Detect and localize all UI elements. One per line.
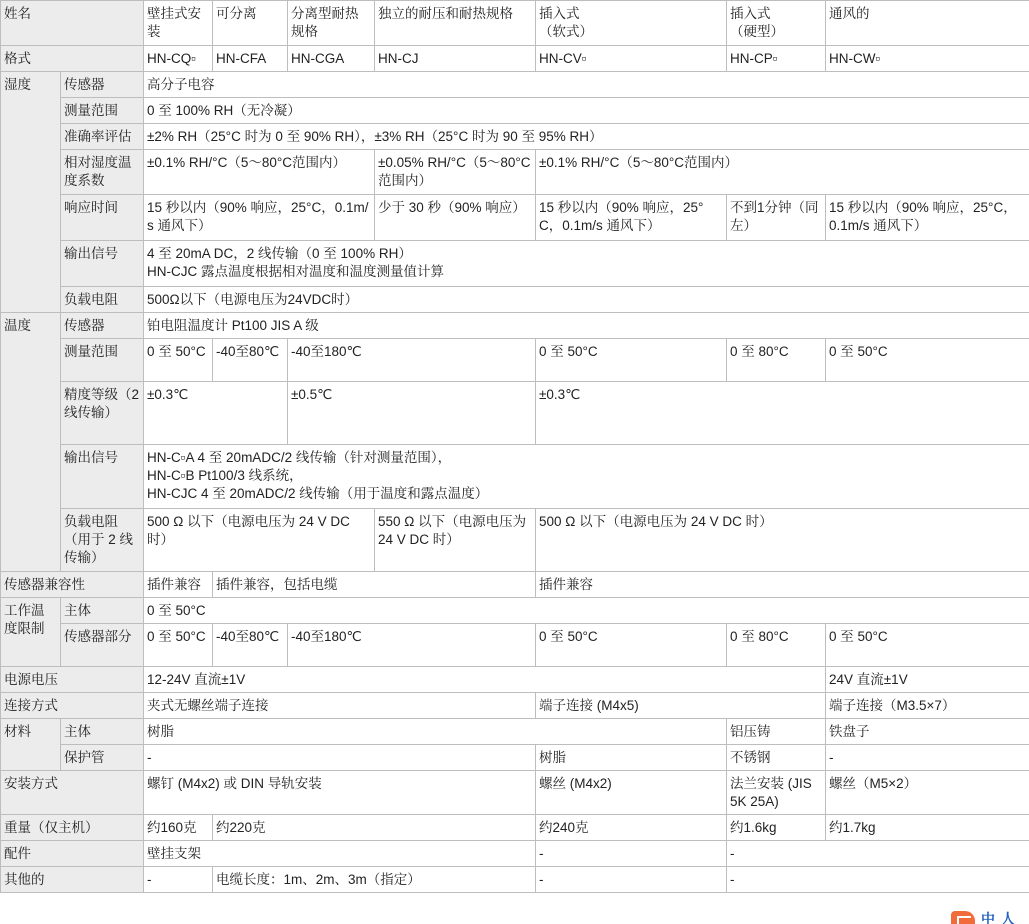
cell: 约1.7kg <box>826 815 1029 841</box>
row-label: 保护管 <box>61 745 144 771</box>
cell: - <box>536 841 727 867</box>
cell: 端子连接 (M4x5) <box>536 693 826 719</box>
cell: 0 至 50°C <box>144 339 213 382</box>
cell: 0 至 80°C <box>727 624 826 667</box>
row-label: 传感器兼容性 <box>1 572 144 598</box>
cell: 550 Ω 以下（电源电压为 24 V DC 时） <box>375 509 536 572</box>
cell: 树脂 <box>536 745 727 771</box>
cell: 螺钉 (M4x2) 或 DIN 导轨安装 <box>144 771 536 815</box>
material-tube-row: 保护管 - 树脂 不锈钢 - <box>1 745 1029 771</box>
cell: - <box>536 867 727 893</box>
cell: -40至180℃ <box>288 339 536 382</box>
humidity-label: 湿度 <box>1 72 61 313</box>
cell: - <box>826 745 1029 771</box>
row-label: 传感器部分 <box>61 624 144 667</box>
cell: 0 至 50°C <box>826 624 1029 667</box>
accessories-row: 配件 壁挂支架 - - <box>1 841 1029 867</box>
cell: HN-C▫A 4 至 20mADC/2 线传输（针对测量范围）， HN-C▫B … <box>144 445 1029 509</box>
cell: 0 至 80°C <box>727 339 826 382</box>
cell: 15 秒以内（90% 响应，25°C，0.1m/s 通风下） <box>536 195 727 241</box>
format-label: 格式 <box>1 46 144 72</box>
cell: ±0.5℃ <box>288 382 536 445</box>
cell: ±0.3℃ <box>144 382 288 445</box>
temp-sensor-row: 温度 传感器 铂电阻温度计 Pt100 JIS A 级 <box>1 313 1029 339</box>
temp-range-row: 测量范围 0 至 50°C -40至80℃ -40至180℃ 0 至 50°C … <box>1 339 1029 382</box>
watermark-text: 中人 <box>981 909 1021 924</box>
cell: -40至180℃ <box>288 624 536 667</box>
cell: 法兰安装 (JIS 5K 25A) <box>727 771 826 815</box>
cell: 铂电阻温度计 Pt100 JIS A 级 <box>144 313 1029 339</box>
cell: -40至80℃ <box>213 624 288 667</box>
humidity-accuracy-row: 准确率评估 ±2% RH（25°C 时为 0 至 90% RH），±3% RH（… <box>1 124 1029 150</box>
cell: 螺丝 (M4x2) <box>536 771 727 815</box>
cell: 约220克 <box>213 815 536 841</box>
logo-icon <box>951 911 975 924</box>
cell: 少于 30 秒（90% 响应） <box>375 195 536 241</box>
cell: 铁盘子 <box>826 719 1029 745</box>
humidity-tempcoeff-row: 相对湿度温度系数 ±0.1% RH/°C（5～80°C范围内） ±0.05% R… <box>1 150 1029 195</box>
cell: 12-24V 直流±1V <box>144 667 826 693</box>
product-name: 壁挂式安装 <box>144 1 213 46</box>
power-row: 电源电压 12-24V 直流±1V 24V 直流±1V <box>1 667 1029 693</box>
connection-row: 连接方式 夹式无螺丝端子连接 端子连接 (M4x5) 端子连接（M3.5×7） <box>1 693 1029 719</box>
material-label: 材料 <box>1 719 61 771</box>
cell: - <box>727 841 1029 867</box>
cell: 500 Ω 以下（电源电压为 24 V DC 时） <box>536 509 1029 572</box>
product-name: 插入式 （软式） <box>536 1 727 46</box>
cell: 15 秒以内（90% 响应，25°C，0.1m/s 通风下） <box>144 195 375 241</box>
cell: 0 至 100% RH（无冷凝） <box>144 98 1029 124</box>
name-label: 姓名 <box>1 1 144 46</box>
cell: ±2% RH（25°C 时为 0 至 90% RH），±3% RH（25°C 时… <box>144 124 1029 150</box>
cell: - <box>727 867 1029 893</box>
row-label: 负载电阻（用于 2 线传输） <box>61 509 144 572</box>
row-label: 电源电压 <box>1 667 144 693</box>
format-row: 格式 HN-CQ▫ HN-CFA HN-CGA HN-CJ HN-CV▫ HN-… <box>1 46 1029 72</box>
material-body-row: 材料 主体 树脂 铝压铸 铁盘子 <box>1 719 1029 745</box>
row-label: 测量范围 <box>61 339 144 382</box>
cell: 插件兼容 <box>536 572 1029 598</box>
product-name: 可分离 <box>213 1 288 46</box>
humidity-output-row: 输出信号 4 至 20mA DC，2 线传输（0 至 100% RH） HN-C… <box>1 241 1029 287</box>
row-label: 精度等级（2 线传输） <box>61 382 144 445</box>
row-label: 安装方式 <box>1 771 144 815</box>
cell: 夹式无螺丝端子连接 <box>144 693 536 719</box>
humidity-range-row: 测量范围 0 至 100% RH（无冷凝） <box>1 98 1029 124</box>
temperature-label: 温度 <box>1 313 61 572</box>
cell: 约160克 <box>144 815 213 841</box>
row-label: 连接方式 <box>1 693 144 719</box>
cell: 500 Ω 以下（电源电压为 24 V DC 时） <box>144 509 375 572</box>
cell: 4 至 20mA DC，2 线传输（0 至 100% RH） HN-CJC 露点… <box>144 241 1029 287</box>
cell: 树脂 <box>144 719 727 745</box>
model-code: HN-CQ▫ <box>144 46 213 72</box>
cell: 约240克 <box>536 815 727 841</box>
model-code: HN-CFA <box>213 46 288 72</box>
cell: 壁挂支架 <box>144 841 536 867</box>
row-label: 传感器 <box>61 313 144 339</box>
cell: 插件兼容，包括电缆 <box>213 572 536 598</box>
cell: ±0.3℃ <box>536 382 1029 445</box>
cell: 0 至 50°C <box>536 339 727 382</box>
cell: 15 秒以内（90% 响应，25°C，0.1m/s 通风下） <box>826 195 1029 241</box>
operating-temp-label: 工作温度限制 <box>1 598 61 667</box>
cell: 0 至 50°C <box>144 624 213 667</box>
cell: 不锈钢 <box>727 745 826 771</box>
row-label: 其他的 <box>1 867 144 893</box>
cell: 0 至 50°C <box>826 339 1029 382</box>
row-label: 相对湿度温度系数 <box>61 150 144 195</box>
cell: -40至80℃ <box>213 339 288 382</box>
row-label: 配件 <box>1 841 144 867</box>
cell: 0 至 50°C <box>536 624 727 667</box>
cell: 0 至 50°C <box>144 598 1029 624</box>
weight-row: 重量（仅主机） 约160克 约220克 约240克 约1.6kg 约1.7kg <box>1 815 1029 841</box>
cell: 约1.6kg <box>727 815 826 841</box>
product-name: 通风的 <box>826 1 1029 46</box>
row-label: 主体 <box>61 719 144 745</box>
cell: 高分子电容 <box>144 72 1029 98</box>
model-code: HN-CJ <box>375 46 536 72</box>
model-code: HN-CGA <box>288 46 375 72</box>
watermark-logo: 中人 <box>951 907 1029 924</box>
row-label: 传感器 <box>61 72 144 98</box>
cell: 24V 直流±1V <box>826 667 1029 693</box>
humidity-load-row: 负载电阻 500Ω以下（电源电压为24VDC时） <box>1 287 1029 313</box>
row-label: 输出信号 <box>61 241 144 287</box>
row-label: 响应时间 <box>61 195 144 241</box>
cell: 铝压铸 <box>727 719 826 745</box>
cell: 端子连接（M3.5×7） <box>826 693 1029 719</box>
temp-load-row: 负载电阻（用于 2 线传输） 500 Ω 以下（电源电压为 24 V DC 时）… <box>1 509 1029 572</box>
temp-accuracy-row: 精度等级（2 线传输） ±0.3℃ ±0.5℃ ±0.3℃ <box>1 382 1029 445</box>
row-label: 重量（仅主机） <box>1 815 144 841</box>
compatibility-row: 传感器兼容性 插件兼容 插件兼容，包括电缆 插件兼容 <box>1 572 1029 598</box>
row-label: 输出信号 <box>61 445 144 509</box>
row-label: 准确率评估 <box>61 124 144 150</box>
cell: - <box>144 867 213 893</box>
cell: 500Ω以下（电源电压为24VDC时） <box>144 287 1029 313</box>
cell: ±0.05% RH/°C（5～80°C范围内） <box>375 150 536 195</box>
model-code: HN-CP▫ <box>727 46 826 72</box>
cell: 螺丝（M5×2） <box>826 771 1029 815</box>
humidity-sensor-row: 湿度 传感器 高分子电容 <box>1 72 1029 98</box>
row-label: 负载电阻 <box>61 287 144 313</box>
cell: 不到1分钟（同左） <box>727 195 826 241</box>
cell: - <box>144 745 536 771</box>
other-row: 其他的 - 电缆长度：1m、2m、3m（指定） - - <box>1 867 1029 893</box>
optemp-sensor-row: 传感器部分 0 至 50°C -40至80℃ -40至180℃ 0 至 50°C… <box>1 624 1029 667</box>
spec-table: 姓名 壁挂式安装 可分离 分离型耐热规格 独立的耐压和耐热规格 插入式 （软式）… <box>0 0 1029 893</box>
optemp-body-row: 工作温度限制 主体 0 至 50°C <box>1 598 1029 624</box>
humidity-response-row: 响应时间 15 秒以内（90% 响应，25°C，0.1m/s 通风下） 少于 3… <box>1 195 1029 241</box>
product-name: 分离型耐热规格 <box>288 1 375 46</box>
model-code: HN-CW▫ <box>826 46 1029 72</box>
mounting-row: 安装方式 螺钉 (M4x2) 或 DIN 导轨安装 螺丝 (M4x2) 法兰安装… <box>1 771 1029 815</box>
temp-output-row: 输出信号 HN-C▫A 4 至 20mADC/2 线传输（针对测量范围）， HN… <box>1 445 1029 509</box>
cell: ±0.1% RH/°C（5～80°C范围内） <box>536 150 1029 195</box>
cell: 插件兼容 <box>144 572 213 598</box>
cell: ±0.1% RH/°C（5～80°C范围内） <box>144 150 375 195</box>
row-label: 主体 <box>61 598 144 624</box>
row-label: 测量范围 <box>61 98 144 124</box>
model-code: HN-CV▫ <box>536 46 727 72</box>
header-row: 姓名 壁挂式安装 可分离 分离型耐热规格 独立的耐压和耐热规格 插入式 （软式）… <box>1 1 1029 46</box>
cell: 电缆长度：1m、2m、3m（指定） <box>213 867 536 893</box>
product-name: 独立的耐压和耐热规格 <box>375 1 536 46</box>
product-name: 插入式 （硬型） <box>727 1 826 46</box>
